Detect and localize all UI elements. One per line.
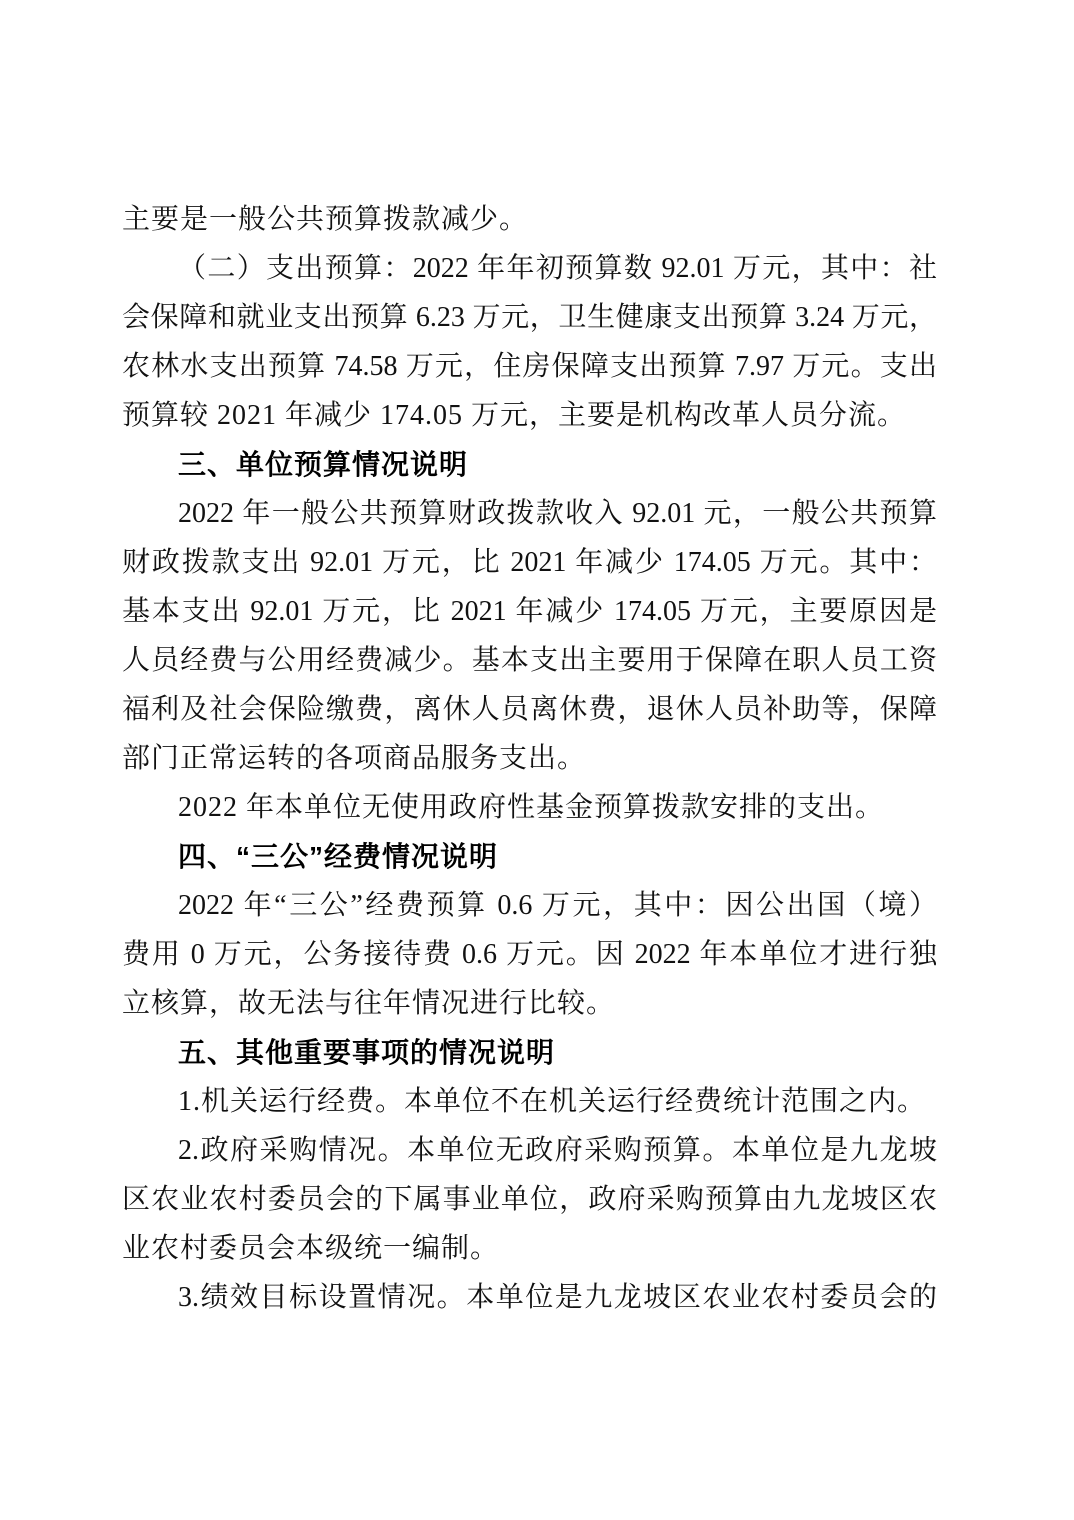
text-line: 2022 年“三公”经费预算 0.6 万元，其中：因公出国（境） <box>122 881 937 930</box>
text-line: 部门正常运转的各项商品服务支出。 <box>122 734 937 783</box>
document-body: 主要是一般公共预算拨款减少。（二）支出预算：2022 年年初预算数 92.01 … <box>122 195 937 1322</box>
text-line: 预算较 2021 年减少 174.05 万元，主要是机构改革人员分流。 <box>122 391 937 440</box>
text-line: 1.机关运行经费。本单位不在机关运行经费统计范围之内。 <box>122 1077 937 1126</box>
text-line: 业农村委员会本级统一编制。 <box>122 1224 937 1273</box>
text-line: 会保障和就业支出预算 6.23 万元，卫生健康支出预算 3.24 万元， <box>122 293 937 342</box>
text-line: 3.绩效目标设置情况。本单位是九龙坡区农业农村委员会的 <box>122 1273 937 1322</box>
text-line: 立核算，故无法与往年情况进行比较。 <box>122 979 937 1028</box>
text-line: 主要是一般公共预算拨款减少。 <box>122 195 937 244</box>
text-line: 2022 年一般公共预算财政拨款收入 92.01 元，一般公共预算 <box>122 489 937 538</box>
text-line: 基本支出 92.01 万元，比 2021 年减少 174.05 万元，主要原因是 <box>122 587 937 636</box>
text-line: 2022 年本单位无使用政府性基金预算拨款安排的支出。 <box>122 783 937 832</box>
section-heading: 五、其他重要事项的情况说明 <box>122 1028 937 1077</box>
text-line: 2.政府采购情况。本单位无政府采购预算。本单位是九龙坡 <box>122 1126 937 1175</box>
text-line: （二）支出预算：2022 年年初预算数 92.01 万元，其中：社 <box>122 244 937 293</box>
section-heading: 三、单位预算情况说明 <box>122 440 937 489</box>
text-line: 福利及社会保险缴费，离休人员离休费，退休人员补助等，保障 <box>122 685 937 734</box>
document-page: 主要是一般公共预算拨款减少。（二）支出预算：2022 年年初预算数 92.01 … <box>0 0 1074 1520</box>
text-line: 财政拨款支出 92.01 万元，比 2021 年减少 174.05 万元。其中： <box>122 538 937 587</box>
text-line: 农林水支出预算 74.58 万元，住房保障支出预算 7.97 万元。支出 <box>122 342 937 391</box>
section-heading: 四、“三公”经费情况说明 <box>122 832 937 881</box>
text-line: 费用 0 万元，公务接待费 0.6 万元。因 2022 年本单位才进行独 <box>122 930 937 979</box>
text-line: 人员经费与公用经费减少。基本支出主要用于保障在职人员工资 <box>122 636 937 685</box>
text-line: 区农业农村委员会的下属事业单位，政府采购预算由九龙坡区农 <box>122 1175 937 1224</box>
